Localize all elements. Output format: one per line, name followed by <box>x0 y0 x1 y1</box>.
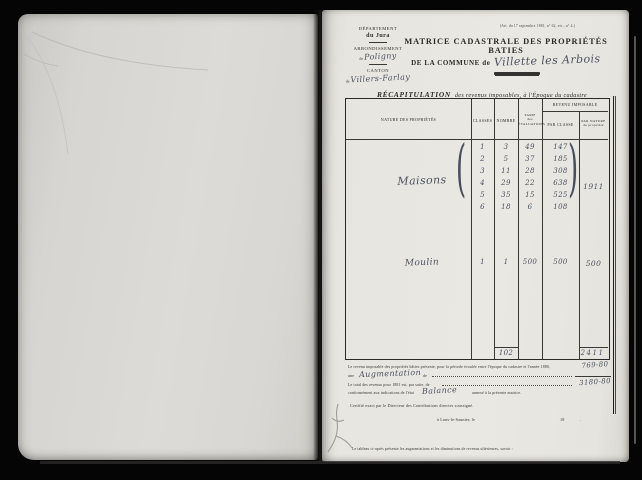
page-stack-shadow <box>40 461 620 464</box>
total-par-nature: 2411 <box>577 350 608 357</box>
footer-line2-suffix: de <box>423 374 427 379</box>
footer-line4-prefix: conformément aux indications de l'état <box>348 391 414 396</box>
commune-handwritten: Villette les Arbois <box>494 52 601 69</box>
cell-classe: 3 <box>471 168 494 175</box>
bottom-note: Le tableau ci-après présente les augment… <box>352 447 602 452</box>
cell-classe: 2 <box>471 156 494 163</box>
department-label: DÉPARTEMENT <box>338 26 418 31</box>
cell-revenu: 108 <box>542 204 579 211</box>
left-blank-page <box>18 14 318 460</box>
cell-classe: 6 <box>471 204 494 211</box>
cell-tarif: 15 <box>518 192 542 199</box>
law-reference: (Art. du 17 septembre 1881, n° 62, etc.,… <box>450 24 625 28</box>
page-edge-strip <box>634 36 636 444</box>
cell-tarif: 49 <box>518 144 542 151</box>
cell-nombre: 1 <box>494 259 518 266</box>
cell-nombre: 3 <box>494 144 518 151</box>
footer-line3: Le total des revenus pour 1881 est, par … <box>348 383 430 388</box>
form-page: DÉPARTEMENT du Jura ARRONDISSEMENT dePol… <box>322 10 629 462</box>
dotted-leaders <box>442 381 572 386</box>
total-rule-nombre <box>494 347 518 348</box>
certify-line: Certifié exact par le Directeur des Cont… <box>350 403 474 408</box>
cell-tarif: 6 <box>518 204 542 211</box>
commune-line: DE LA COMMUNE de Villette les Arbois <box>390 52 622 70</box>
total-nombre: 102 <box>494 350 518 357</box>
cell-nombre: 29 <box>494 180 518 187</box>
cell-nombre: 35 <box>494 192 518 199</box>
cell-par-nature: 500 <box>579 260 608 268</box>
divider <box>369 42 387 43</box>
amount-total: 3180-80 <box>576 377 614 388</box>
table-body: Maisons134914725371853112830842922638535… <box>346 99 609 359</box>
cell-tarif: 22 <box>518 180 542 187</box>
commune-prefix: DE LA COMMUNE de <box>411 59 490 67</box>
closing-brace: ) <box>568 137 578 199</box>
page-crease-lines <box>18 14 318 460</box>
year-stub: 18 <box>560 417 565 422</box>
period-dot: . <box>580 417 581 422</box>
pencil-scribble <box>322 398 356 456</box>
total-rule-par-nature <box>579 347 608 348</box>
cell-classe: 1 <box>471 144 494 151</box>
divider <box>369 64 387 65</box>
de-prefix: de <box>346 78 350 83</box>
cell-nombre: 11 <box>494 168 518 175</box>
footer-line2-handwritten: Augmentation <box>359 368 421 379</box>
cell-tarif: 500 <box>518 259 542 266</box>
canton-handwritten: Villers-Farlay <box>350 72 410 84</box>
cell-classe: 5 <box>471 192 494 199</box>
footer-line4-suffix: annexé à la présente matrice. <box>472 391 521 396</box>
margin-rule <box>613 96 616 414</box>
place-date-line: à Lons-le-Saunier, le <box>437 417 475 422</box>
cell-nombre: 5 <box>494 156 518 163</box>
opening-brace: ( <box>456 137 466 199</box>
footer-line4-handwritten: Balance <box>422 385 458 396</box>
cell-par-nature: 1911 <box>579 183 608 191</box>
footer-line2-prefix: une <box>348 374 354 379</box>
cell-revenu: 500 <box>542 259 579 266</box>
dotted-leaders <box>432 372 572 377</box>
cell-classe: 4 <box>471 180 494 187</box>
book-scan: DÉPARTEMENT du Jura ARRONDISSEMENT dePol… <box>0 0 642 480</box>
nature-value: Moulin <box>374 257 470 269</box>
de-prefix: de <box>359 56 363 61</box>
ink-squiggle <box>494 72 540 75</box>
cell-tarif: 37 <box>518 156 542 163</box>
recap-table: NATURE DES PROPRIÉTÉS CLASSES NOMBRE TAR… <box>345 98 610 360</box>
cell-classe: 1 <box>471 259 494 266</box>
cell-nombre: 18 <box>494 204 518 211</box>
amount-augmentation: 769-80 <box>578 360 612 370</box>
cell-tarif: 28 <box>518 168 542 175</box>
